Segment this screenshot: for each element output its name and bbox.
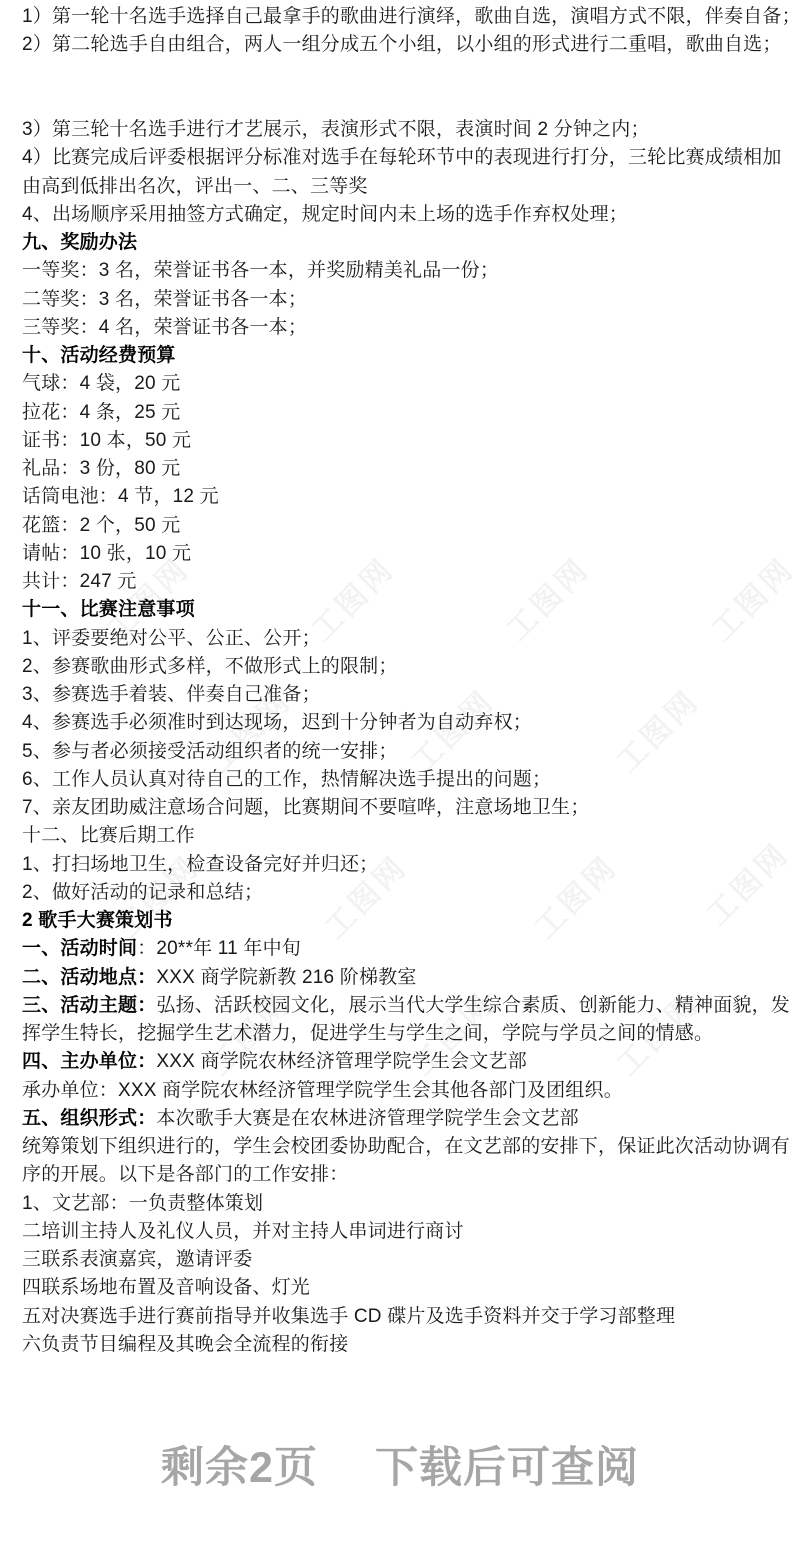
doc-line-7: 4、出场顺序采用抽签方式确定，规定时间内未上场的选手作弃权处理； (22, 201, 796, 229)
promo-download-hint: 下载后可查阅 (375, 1444, 639, 1492)
doc-line-44: 三联系表演嘉宾，邀请评委 (22, 1246, 796, 1274)
doc-line-47: 六负责节目编程及其晚会全流程的衔接 (22, 1331, 796, 1359)
doc-line-9: 一等奖：3 名，荣誉证书各一本，并奖励精美礼品一份； (22, 257, 796, 285)
doc-line-36: 挥学生特长，挖掘学生艺术潜力，促进学生与学生之间，学院与学员之间的情感。 (22, 1020, 796, 1048)
doc-line-29: 十二、比赛后期工作 (22, 822, 796, 850)
doc-line-34-label: 二、活动地点： (22, 967, 156, 988)
doc-line-0: 1）第一轮十名选手选择自己最拿手的歌曲进行演绎，歌曲自选，演唱方式不限，伴奏自备… (22, 3, 796, 31)
doc-line-37-label: 四、主办单位： (22, 1051, 156, 1072)
promo-pages-remaining: 剩余2页 (161, 1444, 318, 1492)
doc-line-35-value: 弘扬、活跃校园文化，展示当代大学生综合素质、创新能力、精神面貌，发 (156, 995, 790, 1016)
doc-line-19: 请帖：10 张，10 元 (22, 540, 796, 568)
document-body: 1）第一轮十名选手选择自己最拿手的歌曲进行演绎，歌曲自选，演唱方式不限，伴奏自备… (22, 3, 796, 1359)
document-page: 工图网工图网工图网工图网工图网工图网工图网工图网工图网工图网工图网工图网工图网工… (0, 0, 800, 1549)
doc-line-26: 5、参与者必须接受活动组织者的统一安排； (22, 738, 796, 766)
doc-line-3 (22, 88, 796, 116)
doc-line-1: 2）第二轮选手自由组合，两人一组分成五个小组，以小组的形式进行二重唱，歌曲自选； (22, 31, 796, 59)
doc-line-18: 花篮：2 个，50 元 (22, 512, 796, 540)
doc-line-40: 统筹策划下组织进行的，学生会校团委协助配合，在文艺部的安排下，保证此次活动协调有 (22, 1133, 796, 1161)
doc-line-32: 2 歌手大赛策划书 (22, 907, 796, 935)
download-promo: 剩余2页 下载后可查阅 (0, 1444, 800, 1492)
doc-line-6: 由高到低排出名次，评出一、二、三等奖 (22, 173, 796, 201)
doc-line-4: 3）第三轮十名选手进行才艺展示，表演形式不限，表演时间 2 分钟之内； (22, 116, 796, 144)
doc-line-20: 共计：247 元 (22, 568, 796, 596)
doc-line-25: 4、参赛选手必须准时到达现场，迟到十分钟者为自动弃权； (22, 709, 796, 737)
doc-line-15: 证书：10 本，50 元 (22, 427, 796, 455)
doc-line-24: 3、参赛选手着装、伴奏自己准备； (22, 681, 796, 709)
doc-line-31: 2、做好活动的记录和总结； (22, 879, 796, 907)
doc-line-23: 2、参赛歌曲形式多样，不做形式上的限制； (22, 653, 796, 681)
doc-line-46: 五对决赛选手进行赛前指导并收集选手 CD 碟片及选手资料并交于学习部整理 (22, 1303, 796, 1331)
doc-line-30: 1、打扫场地卫生，检查设备完好并归还； (22, 851, 796, 879)
doc-line-14: 拉花：4 条，25 元 (22, 399, 796, 427)
doc-line-8: 九、奖励办法 (22, 229, 796, 257)
doc-line-28: 7、亲友团助威注意场合问题，比赛期间不要喧哗，注意场地卫生； (22, 794, 796, 822)
doc-line-21: 十一、比赛注意事项 (22, 596, 796, 624)
doc-line-22: 1、评委要绝对公平、公正、公开； (22, 625, 796, 653)
doc-line-33: 一、活动时间：20**年 11 年中旬 (22, 935, 796, 963)
doc-line-10: 二等奖：3 名，荣誉证书各一本； (22, 286, 796, 314)
doc-line-39: 五、组织形式：本次歌手大赛是在农林进济管理学院学生会文艺部 (22, 1105, 796, 1133)
doc-line-12: 十、活动经费预算 (22, 342, 796, 370)
doc-line-45: 四联系场地布置及音响设备、灯光 (22, 1274, 796, 1302)
doc-line-38: 承办单位：XXX 商学院农林经济管理学院学生会其他各部门及团组织。 (22, 1077, 796, 1105)
doc-line-34-value: XXX 商学院新教 216 阶梯教室 (156, 967, 416, 988)
doc-line-37: 四、主办单位：XXX 商学院农林经济管理学院学生会文艺部 (22, 1048, 796, 1076)
doc-line-37-value: XXX 商学院农林经济管理学院学生会文艺部 (156, 1051, 527, 1072)
doc-line-35-label: 三、活动主题： (22, 995, 156, 1016)
doc-line-13: 气球：4 袋，20 元 (22, 370, 796, 398)
doc-line-11: 三等奖：4 名，荣誉证书各一本； (22, 314, 796, 342)
doc-line-39-value: 本次歌手大赛是在农林进济管理学院学生会文艺部 (156, 1108, 578, 1129)
doc-line-16: 礼品：3 份，80 元 (22, 455, 796, 483)
doc-line-17: 话筒电池：4 节，12 元 (22, 483, 796, 511)
doc-line-2 (22, 60, 796, 88)
doc-line-42: 1、文艺部：一负责整体策划 (22, 1190, 796, 1218)
doc-line-33-value: ：20**年 11 年中旬 (137, 938, 301, 959)
doc-line-41: 序的开展。以下是各部门的工作安排： (22, 1161, 796, 1189)
doc-line-5: 4）比赛完成后评委根据评分标准对选手在每轮环节中的表现进行打分，三轮比赛成绩相加 (22, 144, 796, 172)
doc-line-39-label: 五、组织形式： (22, 1108, 156, 1129)
doc-line-43: 二培训主持人及礼仪人员，并对主持人串词进行商讨 (22, 1218, 796, 1246)
doc-line-34: 二、活动地点：XXX 商学院新教 216 阶梯教室 (22, 964, 796, 992)
doc-line-33-label: 一、活动时间 (22, 938, 137, 959)
doc-line-35: 三、活动主题：弘扬、活跃校园文化，展示当代大学生综合素质、创新能力、精神面貌，发 (22, 992, 796, 1020)
doc-line-27: 6、工作人员认真对待自己的工作，热情解决选手提出的问题； (22, 766, 796, 794)
